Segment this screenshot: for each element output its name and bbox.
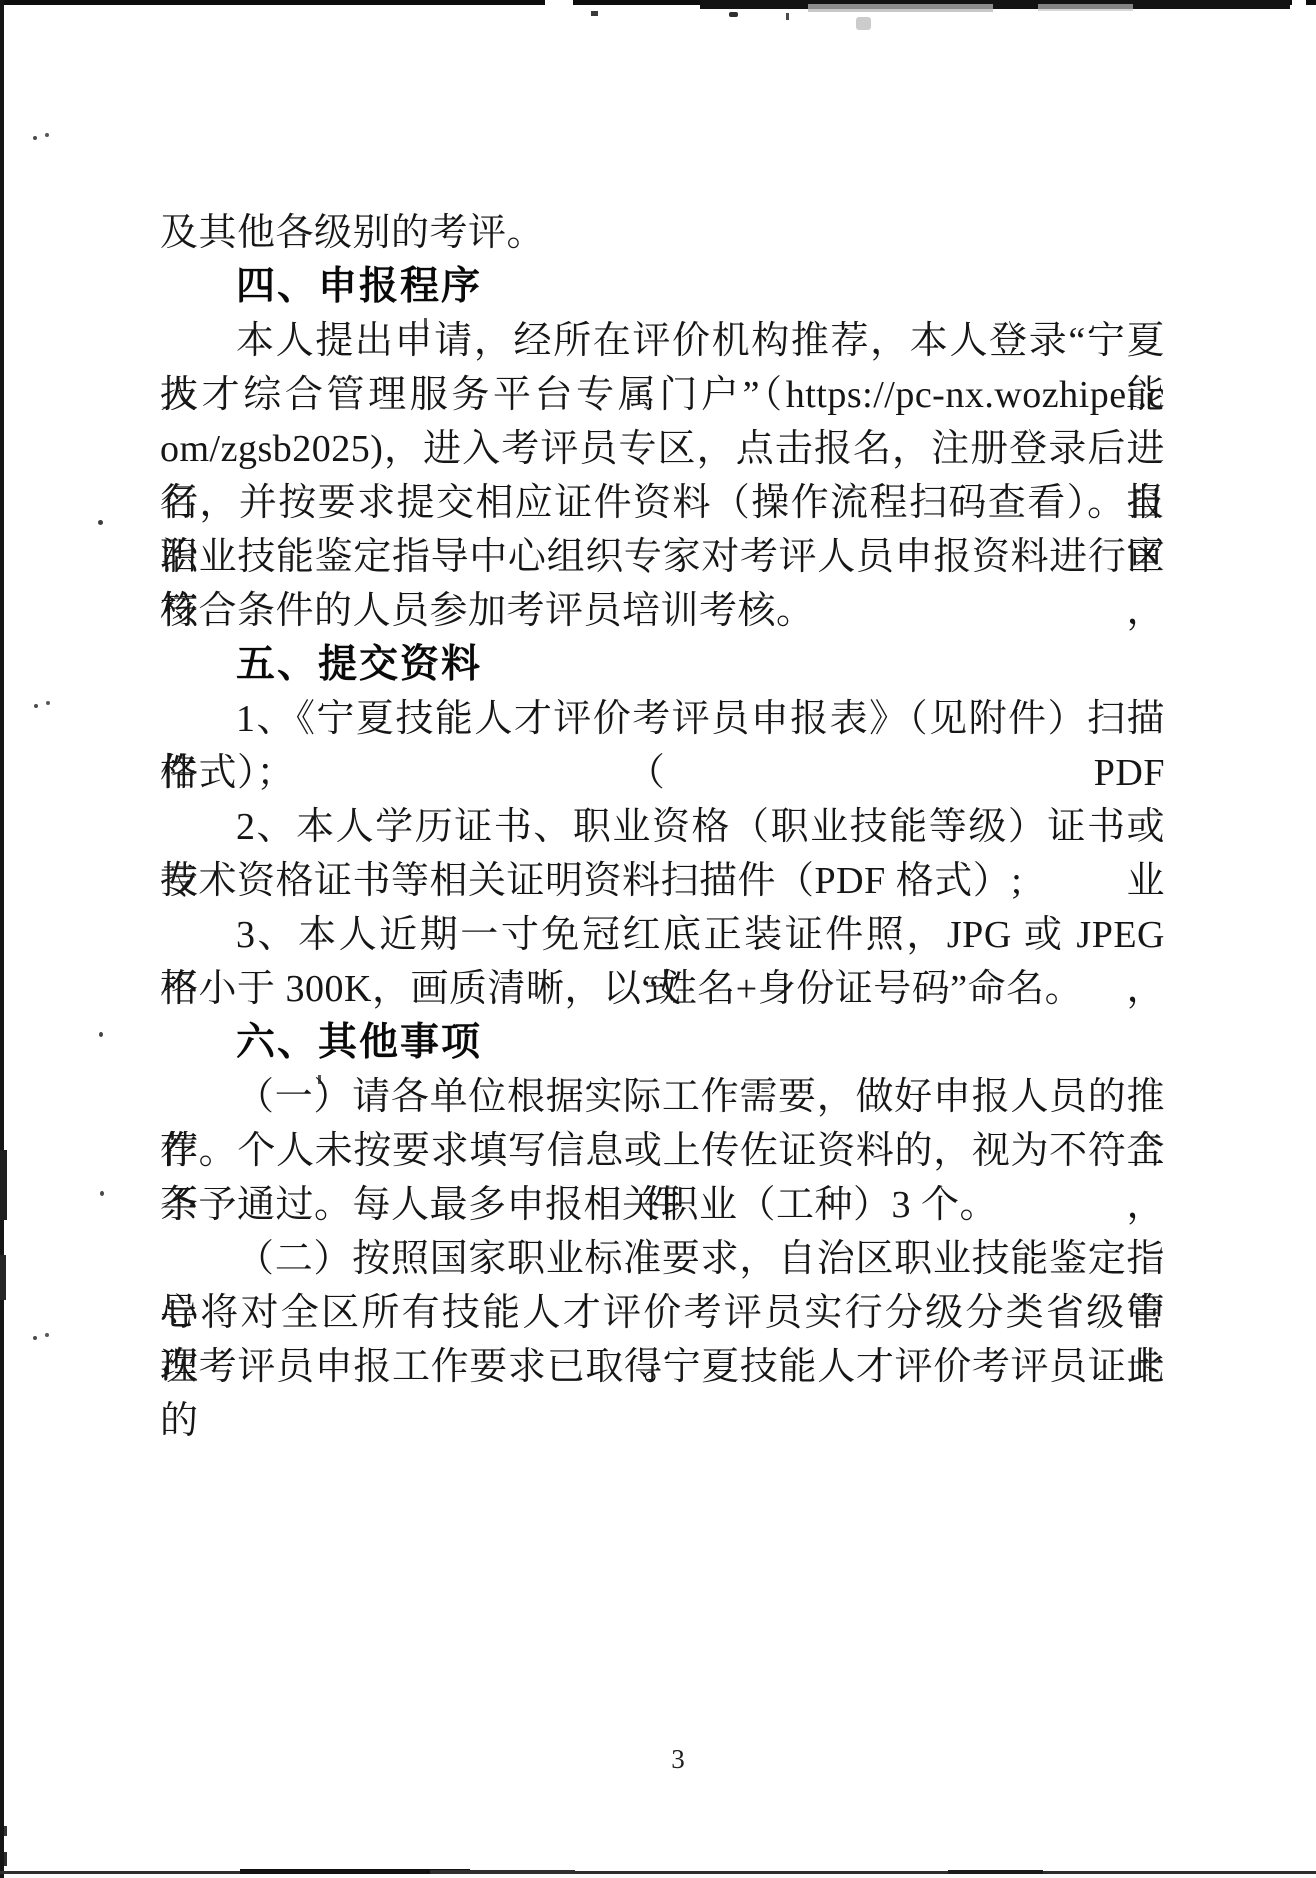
text-line: 心将对全区所有技能人才评价考评员实行分级分类省级管理。此 — [160, 1286, 1165, 1340]
scan-speck — [4, 1826, 7, 1836]
scan-speck — [33, 136, 37, 140]
scan-edge-left — [0, 0, 4, 1878]
section-heading: 五、提交资料 — [160, 638, 1165, 692]
scan-edge-bottom-seg — [948, 1870, 1043, 1874]
section-heading: 四、申报程序 — [160, 260, 1165, 314]
text-line: 职业技能鉴定指导中心组织专家对考评人员申报资料进行审核， — [160, 530, 1165, 584]
scan-speck — [99, 1032, 103, 1037]
scan-edge-top-gap — [545, 0, 573, 6]
text-line: 作。个人未按要求填写信息或上传佐证资料的，视为不符合条件， — [160, 1124, 1165, 1178]
scan-speck — [34, 704, 38, 708]
document-body: 及其他各级别的考评。四、申报程序本人提出申请，经所在评价机构推荐，本人登录“宁夏… — [160, 206, 1165, 1394]
scan-edge-bottom — [0, 1871, 1316, 1874]
text-line: 不小于 300K，画质清晰，以“姓名+身份证号码”命名。 — [160, 962, 1165, 1016]
scan-edge-top-gap — [1292, 0, 1306, 6]
scan-edge-left-bump — [0, 1150, 7, 1220]
scan-speck — [100, 1191, 104, 1196]
scan-speck — [729, 12, 738, 17]
scan-speck — [786, 13, 789, 20]
scan-edge-bottom-seg — [430, 1870, 575, 1874]
text-line: 1、《宁夏技能人才评价考评员申报表》（见附件）扫描件（PDF — [160, 692, 1165, 746]
section-heading: 六、其他事项 — [160, 1016, 1165, 1070]
scan-speck — [46, 701, 50, 705]
scan-speck — [45, 133, 49, 137]
text-line: （一）请各单位根据实际工作需要，做好申报人员的推荐工 — [160, 1070, 1165, 1124]
text-line: 2、本人学历证书、职业资格（职业技能等级）证书或专业 — [160, 800, 1165, 854]
text-line: 3、本人近期一寸免冠红底正装证件照，JPG 或 JPEG 格式， — [160, 908, 1165, 962]
text-line: 名，并按要求提交相应证件资料（操作流程扫码查看）。自治区 — [160, 476, 1165, 530]
scan-speck — [4, 1852, 7, 1866]
scan-edge-top-gray — [1038, 4, 1133, 11]
scan-speck — [591, 11, 598, 16]
scan-edge-top — [0, 0, 1316, 5]
text-line: 人才综合管理服务平台专属门户”（https://pc-nx.wozhipei.c — [160, 368, 1165, 422]
text-line: om/zgsb2025)，进入考评员专区，点击报名，注册登录后进行报 — [160, 422, 1165, 476]
scan-edge-bottom-seg — [240, 1869, 470, 1874]
scan-speck — [98, 520, 103, 525]
scan-speck — [45, 1333, 49, 1337]
text-line: （二）按照国家职业标准要求，自治区职业技能鉴定指导中 — [160, 1232, 1165, 1286]
text-line: 技术资格证书等相关证明资料扫描件（PDF 格式）; — [160, 854, 1165, 908]
page-number: 3 — [40, 1744, 1316, 1775]
scanned-document-page: 及其他各级别的考评。四、申报程序本人提出申请，经所在评价机构推荐，本人登录“宁夏… — [0, 0, 1316, 1878]
scan-edge-left-bump — [0, 1255, 6, 1300]
text-line: 次考评员申报工作要求已取得宁夏技能人才评价考评员证卡的 — [160, 1340, 1165, 1394]
scan-edge-top-gray — [808, 4, 993, 12]
text-line: 本人提出申请，经所在评价机构推荐，本人登录“宁夏技能 — [160, 314, 1165, 368]
scan-smudge — [856, 17, 871, 30]
scan-edge-top-thick — [700, 0, 1290, 9]
scan-speck — [33, 1336, 37, 1340]
text-line: 及其他各级别的考评。 — [160, 206, 1165, 260]
